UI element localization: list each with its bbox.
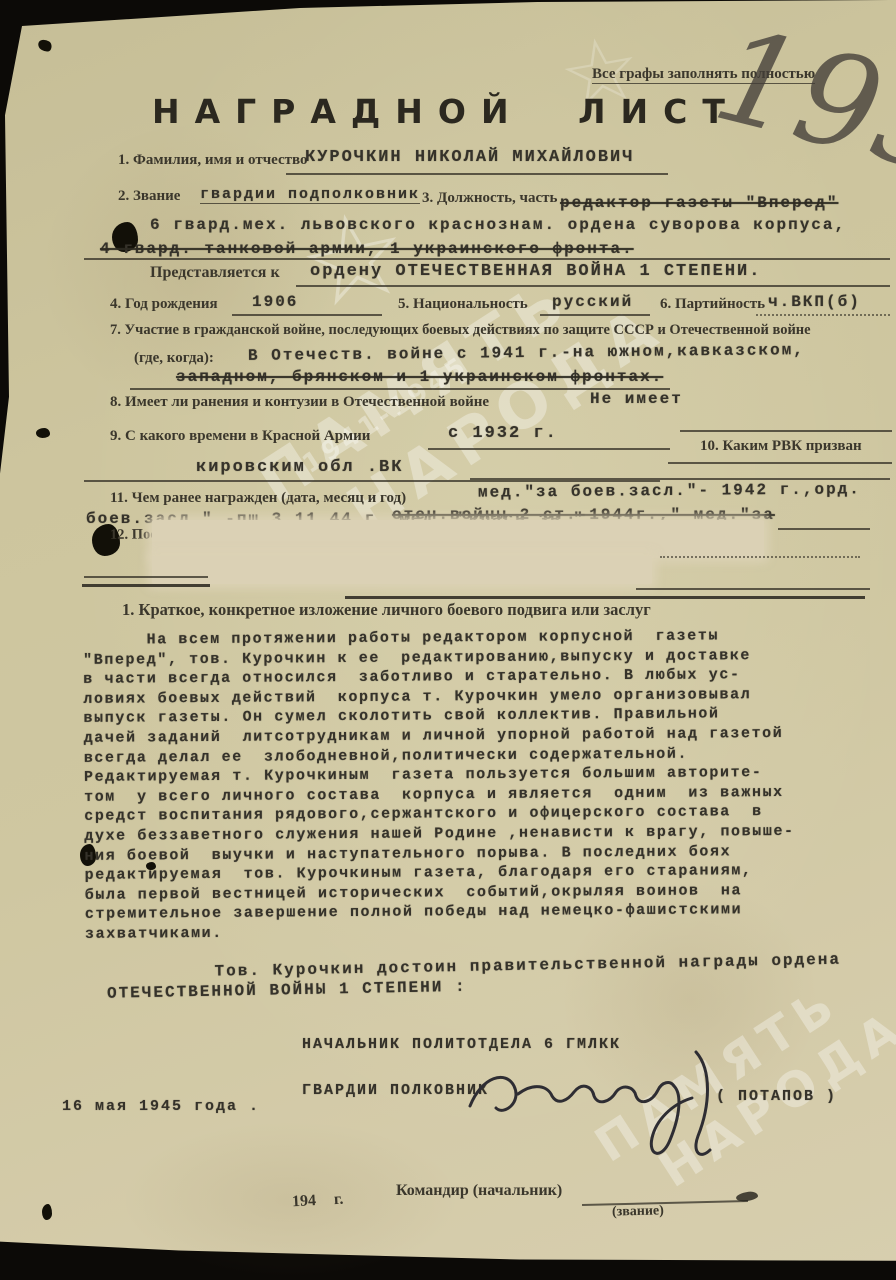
field-value-birth-year: 1906 xyxy=(252,293,298,311)
faded-patch xyxy=(152,556,652,584)
field-value-party: ч.ВКП(б) xyxy=(768,293,861,311)
ink-blob xyxy=(42,1204,52,1220)
field-label-where-when: (где, когда): xyxy=(134,350,214,367)
paper-stain xyxy=(120,1120,460,1280)
field-label-prior-awards: 11. Чем ранее награжден (дата, месяц и г… xyxy=(110,490,406,507)
field-value-unit-line-struck: 4 гвард. танковой армии, 1 украинского ф… xyxy=(100,240,634,258)
commander-label: Командир (начальник) xyxy=(396,1182,562,1200)
field-label-drafted-by: 10. Каким РВК призван xyxy=(700,438,862,455)
field-value-nationality: русский xyxy=(552,293,633,311)
field-value-name: КУРОЧКИН НИКОЛАЙ МИХАЙЛОВИЧ xyxy=(305,148,634,167)
faded-patch xyxy=(152,520,764,558)
field-label-name: 1. Фамилия, имя и отчество xyxy=(118,152,308,169)
field-label-party: 6. Партийность xyxy=(660,296,765,313)
rank-hint-label: (звание) xyxy=(612,1203,664,1220)
signature-date: 16 мая 1945 года . xyxy=(62,1098,260,1115)
scanned-award-sheet: ☆ ☆ 1941-1945 ПАМЯТЬ НАРОДА ПАМЯТЬ НАРОД… xyxy=(0,0,896,1280)
document-title: НАГРАДНОЙ ЛИСТ xyxy=(152,92,740,131)
field-label-birth-year: 4. Год рождения xyxy=(110,296,218,313)
section-heading: 1. Краткое, конкретное изложение личного… xyxy=(122,600,651,620)
field-label-presented-for: Представляется к xyxy=(150,264,280,282)
ink-blob xyxy=(36,428,50,438)
field-value-red-army-since: с 1932 г. xyxy=(448,424,558,443)
field-value-position-struck: редактор газеты "Вперед" xyxy=(560,194,838,212)
field-label-rank: 2. Звание xyxy=(118,188,180,205)
signer-name: ( ПОТАПОВ ) xyxy=(716,1088,837,1105)
field-label-wounds: 8. Имеет ли ранения и контузии в Отечест… xyxy=(110,394,489,411)
citation-paragraph: На всем протяжении работы редактором кор… xyxy=(83,625,896,944)
field-value-presented-for: ордену ОТЕЧЕСТВЕННАЯ ВОЙНА 1 СТЕПЕНИ. xyxy=(310,262,761,281)
field-label-position: 3. Должность, часть xyxy=(422,190,557,207)
field-value-drafted-by: кировским обл .ВК xyxy=(196,458,403,477)
field-value-war-line2-struck: западном, брянском и 1 украинском фронта… xyxy=(176,368,663,386)
field-label-red-army-since: 9. С какого времени в Красной Армии xyxy=(110,428,370,445)
field-label-nationality: 5. Национальность xyxy=(398,296,528,313)
signature-ink xyxy=(460,1040,740,1170)
field-value-wounds: Не имеет xyxy=(590,390,683,408)
field-value-unit-line: 6 гвард.мех. львовского краснознам. орде… xyxy=(150,216,846,234)
field-label-war-participation: 7. Участие в гражданской войне, последую… xyxy=(110,322,811,339)
field-value-awards-line1: мед."за боев.засл."- 1942 г.,орд. xyxy=(478,480,861,501)
field-value-rank: гвардии подполковник xyxy=(200,186,420,204)
footer-page-stamp: 194 г. xyxy=(292,1191,344,1212)
